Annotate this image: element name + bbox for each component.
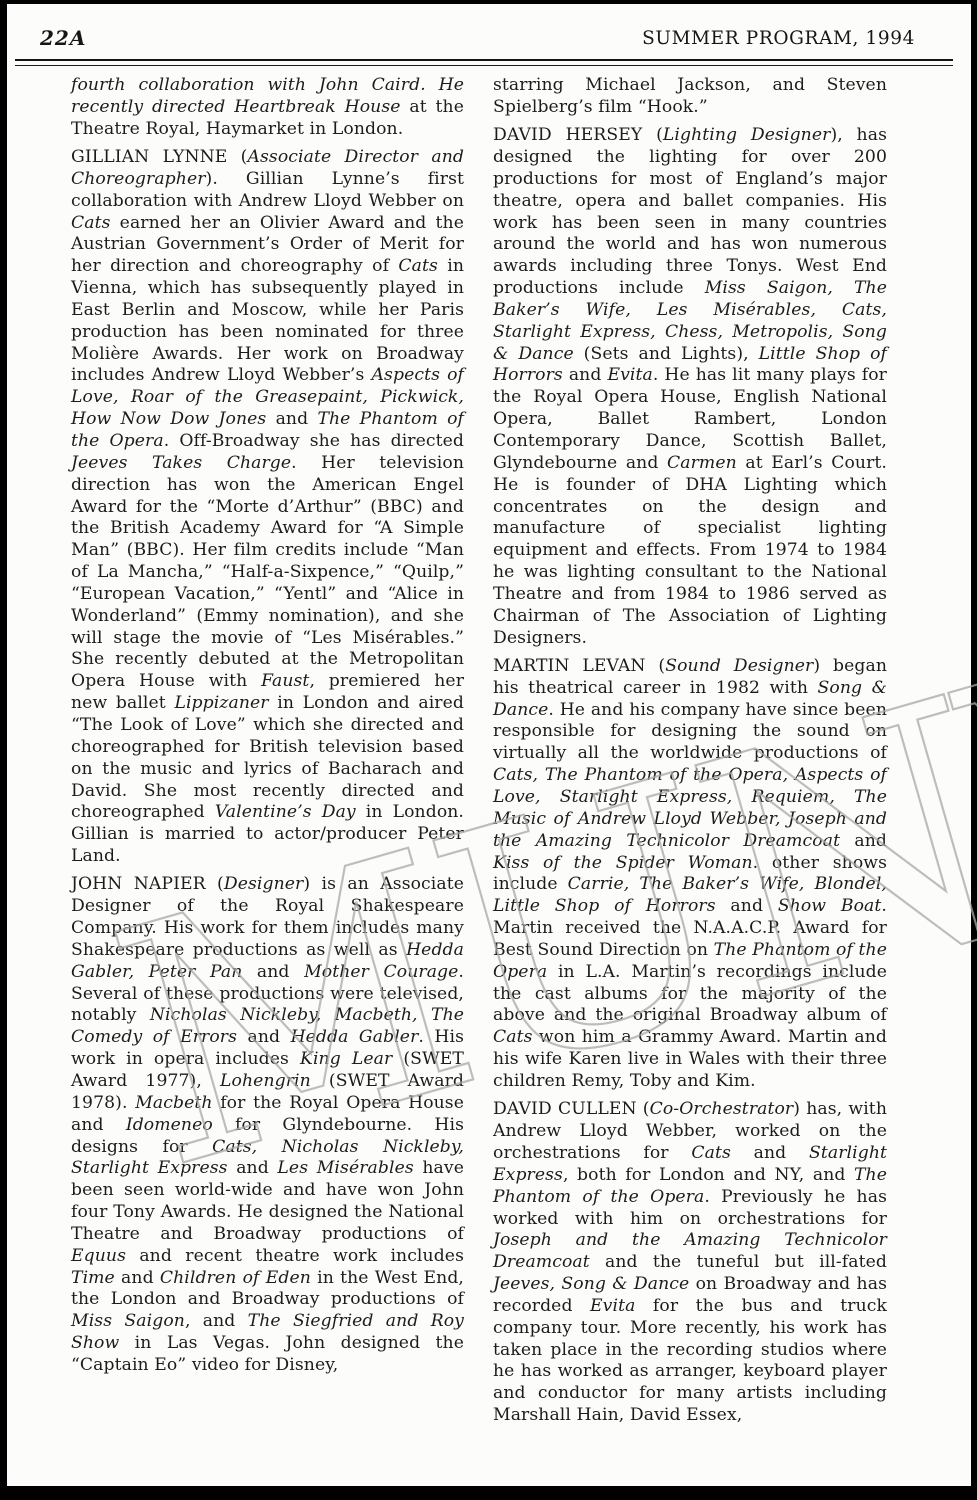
- right-column: starring Michael Jackson, and Steven Spi…: [493, 75, 887, 1427]
- gillian-lynne-bio: GILLIAN LYNNE (Associate Director and Ch…: [71, 147, 464, 868]
- john-napier-bio: JOHN NAPIER (Designer) is an Associate D…: [71, 874, 464, 1376]
- header-double-rule: [15, 59, 953, 66]
- david-hersey-bio: DAVID HERSEY (Lighting Designer), has de…: [493, 125, 887, 649]
- page-number: 22A: [40, 26, 86, 50]
- continuation-paragraph-right: starring Michael Jackson, and Steven Spi…: [493, 75, 887, 119]
- continuation-paragraph: fourth collaboration with John Caird. He…: [71, 75, 464, 141]
- david-cullen-bio: DAVID CULLEN (Co-Orchestrator) has, with…: [493, 1099, 887, 1427]
- martin-levan-bio: MARTIN LEVAN (Sound Designer) began his …: [493, 656, 887, 1093]
- scanned-program-page: { "header": { "page_number": "22A", "tit…: [0, 0, 977, 1500]
- left-column: fourth collaboration with John Caird. He…: [71, 75, 464, 1377]
- program-page: 22A SUMMER PROGRAM, 1994 fourth collabor…: [7, 4, 971, 1486]
- header-title: SUMMER PROGRAM, 1994: [642, 28, 915, 49]
